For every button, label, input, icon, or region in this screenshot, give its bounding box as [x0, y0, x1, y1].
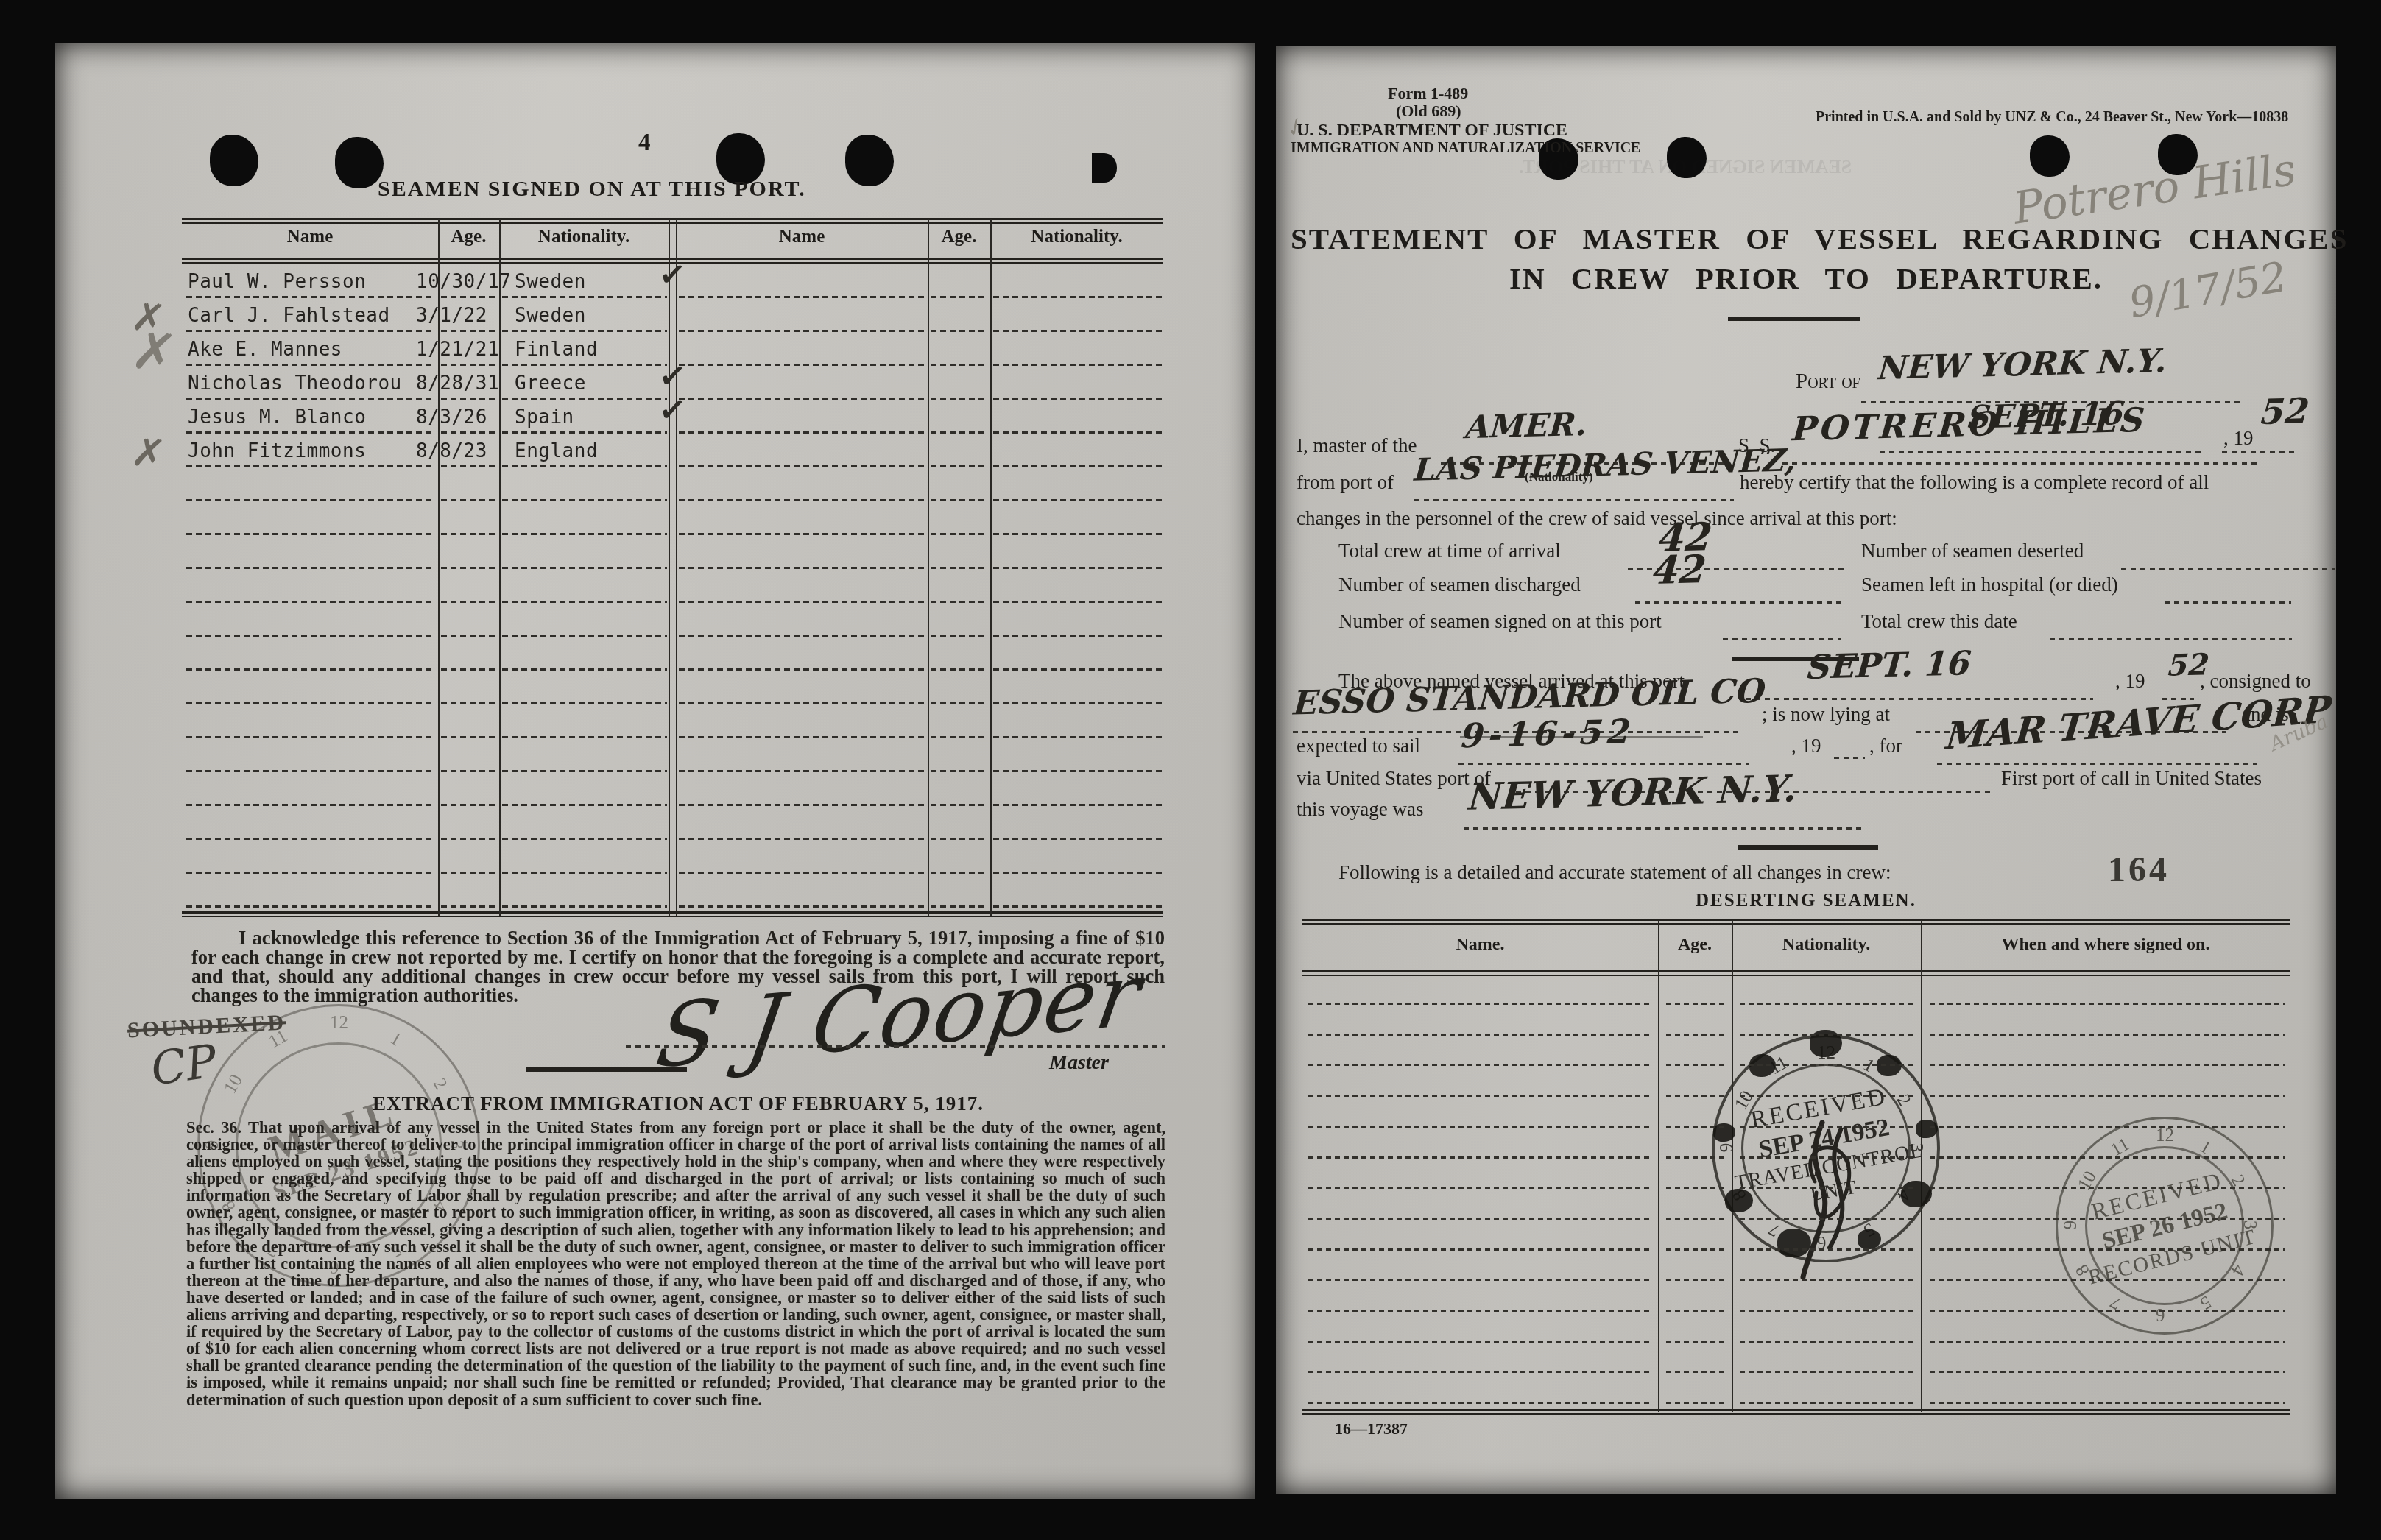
- form-title-line2: IN CREW PRIOR TO DEPARTURE.: [1291, 261, 2321, 296]
- stamp-dial-number: 9: [1717, 1143, 1738, 1153]
- via-label: via United States port of: [1297, 767, 1491, 790]
- stamp-dial-number: 12: [330, 1013, 348, 1034]
- ink-blob: [1858, 1229, 1881, 1249]
- crew-name: Jesus M. Blanco: [188, 406, 366, 428]
- first-port-value: NEW YORK N.Y.: [1467, 766, 1799, 819]
- voyage-label: this voyage was: [1297, 798, 1423, 821]
- col-header-name: Name: [676, 227, 928, 247]
- empty-row-line: [1930, 1034, 2285, 1036]
- agency-name: U. S. DEPARTMENT OF JUSTICE: [1297, 121, 1567, 141]
- empty-row-line: [1930, 1187, 2285, 1189]
- crew-table-row: [182, 774, 1163, 808]
- empty-row-line: [1666, 1034, 1724, 1036]
- column-divider: [1658, 920, 1659, 1412]
- year-prefix: , 19: [2223, 427, 2254, 450]
- empty-row-line: [1740, 1279, 1913, 1281]
- punch-hole-partial: [1092, 153, 1117, 183]
- agency-service: IMMIGRATION AND NATURALIZATION SERVICE: [1291, 140, 1640, 157]
- crew-nationality: Greece: [515, 372, 586, 395]
- first-port-label: First port of call in United States: [2001, 767, 2262, 790]
- arrived-year-prefix: , 19: [2115, 670, 2145, 693]
- empty-row-line: [1930, 1156, 2285, 1159]
- empty-row-line: [1666, 1095, 1724, 1097]
- empty-row-line: [1666, 1156, 1724, 1159]
- crew-table-row: Jesus M. Blanco8/3/26Spain✓: [182, 402, 1163, 436]
- total-date-label: Total crew this date: [1861, 610, 2017, 633]
- crew-age: 10/30/17: [416, 271, 511, 293]
- port-value: NEW YORK N.Y.: [1877, 342, 2168, 387]
- form-title-line1: STATEMENT OF MASTER OF VESSEL REGARDING …: [1291, 221, 2321, 256]
- empty-row-line: [1930, 1279, 2285, 1281]
- hospital-label: Seamen left in hospital (or died): [1861, 573, 2118, 596]
- empty-row-line: [1666, 1126, 1724, 1128]
- total-crew-label: Total crew at time of arrival: [1338, 540, 1561, 562]
- crew-table-row: [182, 537, 1163, 571]
- table-top-rule: [182, 218, 1163, 224]
- crew-table-row: [182, 707, 1163, 741]
- year-value: 52: [2260, 391, 2311, 433]
- following-text: Following is a detailed and accurate sta…: [1338, 861, 1891, 884]
- col-header-name: Name: [182, 227, 438, 247]
- empty-row-line: [1930, 1003, 2285, 1005]
- empty-row-line: [1666, 1187, 1724, 1189]
- stamped-number: 164: [2108, 850, 2170, 890]
- empty-row-line: [1740, 1218, 1913, 1220]
- punch-hole: [335, 137, 384, 188]
- empty-row-line: [1308, 1156, 1651, 1159]
- crew-name: Ake E. Mannes: [188, 339, 342, 361]
- empty-row-line: [1930, 1095, 2285, 1097]
- nationality-value: AMER.: [1464, 406, 1588, 446]
- empty-row-line: [1308, 1218, 1651, 1220]
- punch-hole: [2030, 135, 2070, 177]
- empty-row-line: [1308, 1341, 1651, 1343]
- stamp-dial-number: 6: [2156, 1304, 2165, 1324]
- deserted-label: Number of seamen deserted: [1861, 540, 2084, 562]
- stamp-dial-number: 12: [2156, 1126, 2174, 1146]
- empty-row-line: [1740, 1126, 1913, 1128]
- punch-hole: [845, 135, 894, 186]
- empty-row-line: [1666, 1003, 1724, 1005]
- empty-row-line: [1308, 1402, 1651, 1404]
- crew-nationality: Finland: [515, 339, 598, 361]
- empty-row-line: [1930, 1310, 2285, 1312]
- empty-row-line: [1666, 1341, 1724, 1343]
- changes-text: changes in the personnel of the crew of …: [1297, 507, 1897, 530]
- crew-nationality: Sweden: [515, 271, 586, 293]
- empty-row-line: [1666, 1218, 1724, 1220]
- stamp-dial-number: 3: [2239, 1221, 2260, 1230]
- crew-table-row: [182, 842, 1163, 876]
- empty-row-line: [1930, 1248, 2285, 1251]
- empty-row-line: [1308, 1187, 1651, 1189]
- form-number: Form 1-489: [1388, 84, 1468, 103]
- empty-row-line: [1740, 1034, 1913, 1036]
- ghost-text: SEAMEN SIGNED ON AT THIS PORT.: [1519, 156, 1852, 178]
- crew-table-row: [182, 470, 1163, 504]
- empty-row-line: [1308, 1126, 1651, 1128]
- empty-row-line: [1666, 1064, 1724, 1066]
- crew-name: Carl J. Fahlstead: [188, 305, 390, 327]
- for-label: , for: [1869, 735, 1902, 757]
- empty-row-line: [1666, 1279, 1724, 1281]
- col-header-name: Name.: [1302, 935, 1658, 955]
- col-header-nationality: Nationality.: [1732, 935, 1921, 955]
- crew-age: 3/1/22: [416, 305, 487, 327]
- empty-row-line: [1740, 1187, 1913, 1189]
- check-mark: ✓: [657, 390, 688, 431]
- records-unit-stamp: RECEIVED SEP 26 1952 RECORDS UNIT 121234…: [2056, 1117, 2274, 1335]
- extract-heading: EXTRACT FROM IMMIGRATION ACT OF FEBRUARY…: [191, 1092, 1165, 1115]
- empty-row-line: [1740, 1095, 1913, 1097]
- empty-row-line: [1308, 1095, 1651, 1097]
- empty-row-line: [1740, 1248, 1913, 1251]
- x-mark: ✗: [127, 318, 180, 386]
- form-footer-number: 16—17387: [1335, 1419, 1408, 1438]
- empty-row-line: [1740, 1371, 1913, 1373]
- extract-body: Sec. 36. That upon arrival of any vessel…: [186, 1119, 1165, 1408]
- certify-text: hereby certify that the following is a c…: [1740, 471, 2209, 494]
- empty-row-line: [1930, 1371, 2285, 1373]
- crew-age: 1/21/21: [416, 339, 499, 361]
- crew-name: Nicholas Theodorou: [188, 372, 402, 395]
- empty-row-line: [1308, 1279, 1651, 1281]
- from-port-label: from port of: [1297, 471, 1394, 494]
- discharged-label: Number of seamen discharged: [1338, 573, 1581, 596]
- empty-row-line: [1740, 1064, 1913, 1066]
- empty-row-line: [1308, 1248, 1651, 1251]
- crew-table-row: [182, 673, 1163, 707]
- vessel-value: POTRERO HILLS: [1791, 400, 2149, 449]
- table-header-rule: [1302, 970, 2290, 976]
- empty-row-line: [1666, 1248, 1724, 1251]
- col-header-nationality: Nationality.: [990, 227, 1163, 247]
- table-top-rule: [1302, 919, 2290, 925]
- empty-row-line: [1740, 1310, 1913, 1312]
- sail-label: expected to sail: [1297, 735, 1420, 757]
- crew-name: Paul W. Persson: [188, 271, 366, 293]
- empty-row-line: [1740, 1402, 1913, 1404]
- crew-table-row: Paul W. Persson10/30/17Sweden✓: [182, 266, 1163, 300]
- col-header-signed-on: When and where signed on.: [1921, 935, 2290, 955]
- master-role-label: Master: [1049, 1051, 1109, 1075]
- empty-row-line: [1308, 1371, 1651, 1373]
- empty-row-line: [1666, 1371, 1724, 1373]
- crew-name: John Fitzimmons: [188, 440, 366, 462]
- table-bottom-rule: [1302, 1409, 2290, 1415]
- empty-row-line: [1930, 1218, 2285, 1220]
- table-bottom-rule: [182, 911, 1163, 917]
- right-page: ✓ Form 1-489 (Old 689) U. S. DEPARTMENT …: [1276, 46, 2336, 1494]
- empty-row-line: [1930, 1341, 2285, 1343]
- left-page-title: SEAMEN SIGNED ON AT THIS PORT.: [378, 177, 806, 202]
- sail-value: 9-16-52: [1460, 712, 1637, 755]
- empty-row-line: [1740, 1156, 1913, 1159]
- crew-table-row: [182, 571, 1163, 605]
- document-scan: 4 SEAMEN SIGNED ON AT THIS PORT. Name Ag…: [0, 0, 2381, 1540]
- crew-age: 8/8/23: [416, 440, 487, 462]
- empty-row-line: [1308, 1034, 1651, 1036]
- stamp-dial-number: 3: [1905, 1143, 1926, 1153]
- empty-row-line: [1308, 1003, 1651, 1005]
- crew-table-row: [182, 741, 1163, 774]
- check-mark: ✓: [657, 255, 688, 295]
- empty-row-line: [1308, 1064, 1651, 1066]
- empty-row-line: [1930, 1402, 2285, 1404]
- crew-nationality: Spain: [515, 406, 574, 428]
- empty-row-line: [1666, 1402, 1724, 1404]
- desert-table-title: DESERTING SEAMEN.: [1276, 891, 2336, 911]
- empty-row-line: [1740, 1003, 1913, 1005]
- crew-nationality: Sweden: [515, 305, 586, 327]
- col-header-age: Age.: [1658, 935, 1732, 955]
- empty-row-line: [1930, 1064, 2285, 1066]
- crew-table-row: [182, 605, 1163, 639]
- empty-row-line: [1930, 1126, 2285, 1128]
- col-header-age: Age.: [438, 227, 499, 247]
- crew-table-row: [182, 808, 1163, 842]
- stamp-dial-number: 9: [2061, 1221, 2081, 1230]
- crew-table-row: [182, 639, 1163, 673]
- col-header-age: Age.: [928, 227, 990, 247]
- x-mark: ✗: [129, 428, 169, 478]
- divider-rule: [526, 1067, 687, 1072]
- punch-hole: [210, 135, 258, 186]
- section-rule: [1738, 845, 1878, 850]
- crew-nationality: England: [515, 440, 598, 462]
- lying-label: ; is now lying at: [1762, 703, 1890, 726]
- ink-blob: [1725, 1189, 1753, 1212]
- crew-table-row: Carl J. Fahlstead3/1/22Sweden✗: [182, 300, 1163, 334]
- crew-table-row: John Fitzimmons8/8/23England✗: [182, 436, 1163, 470]
- sail-strike: [1460, 736, 1703, 738]
- page-number: 4: [638, 130, 651, 157]
- arrived-value: SEPT. 16: [1806, 643, 1972, 687]
- form-number-old: (Old 689): [1396, 102, 1461, 121]
- empty-row-line: [1666, 1310, 1724, 1312]
- discharged-value: 42: [1651, 547, 1708, 593]
- port-label: Port of: [1796, 370, 1860, 394]
- crew-table-row: [182, 876, 1163, 910]
- signature-line: [626, 1045, 1165, 1048]
- signed-on-label: Number of seamen signed on at this port: [1338, 610, 1662, 633]
- travel-control-stamp: RECEIVED SEP 24 1952 TRAVEL CONTROL UNIT…: [1712, 1034, 1940, 1262]
- title-rule: [1728, 317, 1860, 321]
- printer-line: Printed in U.S.A. and Sold by UNZ & Co.,…: [1816, 109, 2288, 126]
- year2-prefix: , 19: [1791, 735, 1821, 757]
- ink-blob: [1901, 1181, 1932, 1207]
- crew-table-row: [182, 504, 1163, 537]
- empty-row-line: [1740, 1341, 1913, 1343]
- empty-row-line: [1308, 1310, 1651, 1312]
- col-header-nationality: Nationality.: [499, 227, 669, 247]
- left-page: 4 SEAMEN SIGNED ON AT THIS PORT. Name Ag…: [55, 43, 1255, 1499]
- crew-age: 8/3/26: [416, 406, 487, 428]
- master-label: I, master of the: [1297, 434, 1417, 457]
- crew-age: 8/28/31: [416, 372, 499, 395]
